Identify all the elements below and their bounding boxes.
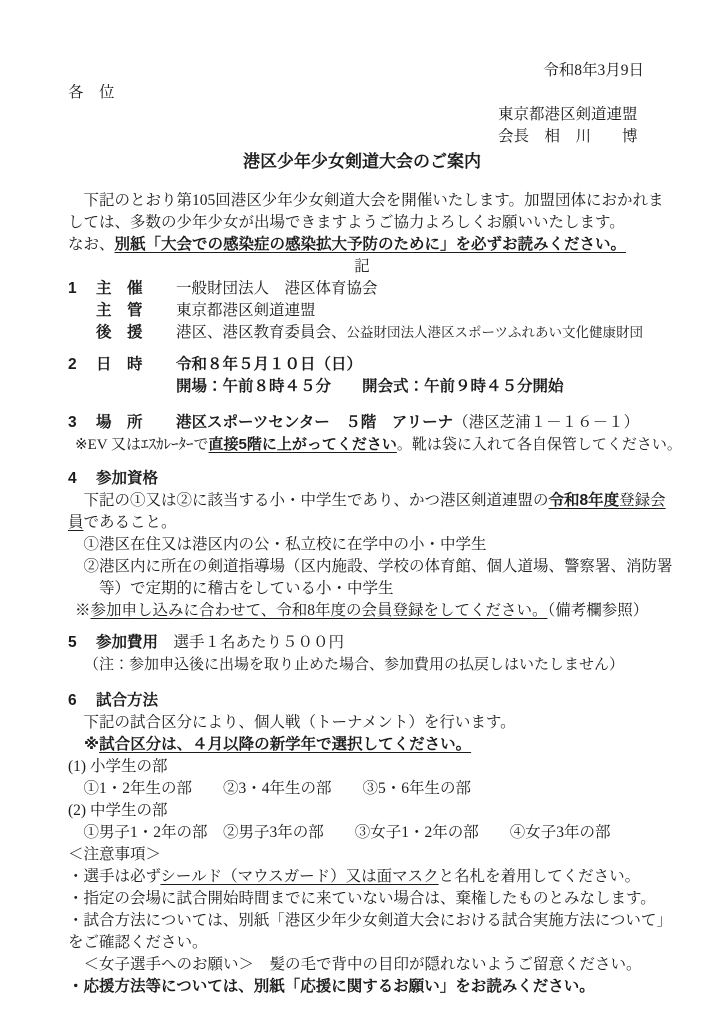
eligibility-line-1: 下記の①又は②に該当する小・中学生であり、かつ港区剣道連盟の令和8年度登録会: [68, 490, 656, 512]
addressee: 各 位: [68, 82, 656, 104]
caution-3-line-2: をご確認ください。: [68, 932, 656, 954]
match-method-heading: 6試合方法: [68, 690, 656, 712]
infection-notice-emphasis: 別紙「大会での感染症の感染拡大予防のために」を必ずお読みください。: [115, 236, 627, 253]
section-3-number: 3: [68, 412, 96, 434]
sender-block: 東京都港区剣道連盟 会長 相 川 博: [498, 104, 656, 148]
venue-note: ※EV 又はｴｽｶﾚｰﾀｰで直接5階に上がってください。靴は袋に入れて各自保管し…: [75, 434, 656, 456]
intro-line-3-prefix: なお、: [68, 236, 115, 253]
division-1-items: ①1・2年生の部 ②3・4年生の部 ③5・6年生の部: [68, 778, 656, 800]
host-label: 主 催: [96, 278, 176, 300]
division-2-label: (2) 中学生の部: [68, 800, 656, 822]
venue-label: 場 所: [96, 412, 176, 434]
event-date: 令和８年５月１０日（日）: [176, 356, 362, 373]
sender-president: 会長 相 川 博: [498, 126, 656, 148]
caution-1-prefix: ・選手は必ず: [68, 868, 160, 885]
section-6-number: 6: [68, 690, 96, 712]
intro-paragraph: 下記のとおり第105回港区少年少女剣道大会を開催いたします。加盟団体におかれま …: [68, 190, 656, 256]
support-label: 後 援: [96, 322, 176, 344]
division-2-items: ①男子1・2年の部 ②男子3年の部 ③女子1・2年の部 ④女子3年の部: [68, 822, 656, 844]
eligibility-label: 参加資格: [96, 470, 158, 487]
match-division-note: ※試合区分は、４月以降の新学年で選択してください。: [84, 734, 656, 756]
section-4-number: 4: [68, 468, 96, 490]
match-division-note-emphasis: 試合区分は、４月以降の新学年で選択してください。: [99, 736, 471, 753]
caution-1-underline: シールド（マウスガード）又は面マスク: [160, 868, 438, 885]
fee-value: 選手１名あたり５００円: [174, 634, 345, 651]
match-method-desc: 下記の試合区分により、個人戦（トーナメント）を行います。: [68, 712, 656, 734]
host-row: 1主 催一般財団法人 港区体育協会: [68, 278, 656, 300]
section-2-number: 2: [68, 354, 96, 376]
eligibility-note-suffix: （備考欄参照）: [547, 602, 648, 619]
sender-organization: 東京都港区剣道連盟: [498, 104, 656, 126]
host-value: 一般財団法人 港区体育協会: [176, 280, 378, 297]
caution-cheering: ・応援方法等については、別紙「応援に関するお願い」をお読みください。: [68, 976, 656, 998]
venue-row: 3場 所港区スポーツセンター ５階 アリーナ（港区芝浦１－１６－１）: [68, 412, 656, 434]
record-marker: 記: [68, 256, 656, 278]
match-division-note-prefix: ※: [84, 736, 99, 753]
venue-address: （港区芝浦１－１６－１）: [453, 414, 639, 431]
document-title: 港区少年少女剣道大会のご案内: [68, 150, 656, 174]
schedule-row: 開場：午前８時４５分 開会式：午前９時４５分開始: [176, 376, 656, 398]
division-1-label: (1) 小学生の部: [68, 756, 656, 778]
eligibility-text: 下記の①又は②に該当する小・中学生であり、かつ港区剣道連盟の: [68, 492, 549, 509]
cautions-header: ＜注意事項＞: [68, 844, 656, 866]
manage-label: 主 管: [96, 300, 176, 322]
eligibility-item-1: ①港区在住又は港区内の公・私立校に在学中の小・中学生: [68, 534, 656, 556]
fee-note: （注：参加申込後に出場を取り止めた場合、参加費用の払戻しはいたしません）: [84, 654, 656, 676]
caution-3-line-1: ・試合方法については、別紙「港区少年少女剣道大会における試合実施方法について」: [68, 910, 656, 932]
fee-row: 5参加費用 選手１名あたり５００円: [68, 632, 656, 654]
eligibility-note-prefix: ※: [75, 602, 91, 619]
registration-member-underline-1: 登録会: [619, 492, 666, 509]
schedule-times: 開場：午前８時４５分 開会式：午前９時４５分開始: [176, 378, 564, 395]
support-row: 後 援港区、港区教育委員会、公益財団法人港区スポーツふれあい文化健康財団: [68, 322, 656, 344]
eligibility-note: ※参加申し込みに合わせて、令和8年度の会員登録をしてください。（備考欄参照）: [75, 600, 656, 622]
intro-line-3: なお、別紙「大会での感染症の感染拡大予防のために」を必ずお読みください。: [68, 234, 656, 256]
section-5-number: 5: [68, 632, 96, 654]
manage-value: 東京都港区剣道連盟: [176, 302, 316, 319]
caution-2: ・指定の会場に試合開始時間までに来ていない場合は、棄権したものとみなします。: [68, 888, 656, 910]
caution-female-request: ＜女子選手へのお願い＞ 髪の毛で背中の目印が隠れないようご留意ください。: [68, 954, 656, 976]
venue-name: 港区スポーツセンター ５階 アリーナ: [176, 414, 453, 431]
fee-label: 参加費用: [96, 634, 158, 651]
issue-date: 令和8年3月9日: [68, 60, 656, 82]
match-method-label: 試合方法: [96, 692, 158, 709]
eligibility-item-2-line-2: 等）で定期的に稽古をしている小・中学生: [68, 578, 656, 600]
manage-row: 主 管東京都港区剣道連盟: [68, 300, 656, 322]
eligibility-line-2-text: であること。: [84, 514, 177, 531]
datetime-label: 日 時: [96, 354, 176, 376]
registration-year-emphasis: 令和8年度: [549, 492, 620, 509]
document-page: 令和8年3月9日 各 位 東京都港区剣道連盟 会長 相 川 博 港区少年少女剣道…: [0, 0, 724, 1024]
intro-line-2: しては、多数の少年少女が出場できますようご協力よろしくお願いいたします。: [68, 212, 656, 234]
venue-note-prefix: ※EV 又はｴｽｶﾚｰﾀｰで: [75, 437, 209, 453]
section-1-number: 1: [68, 278, 96, 300]
support-value-head: 港区、港区教育委員会、: [176, 324, 347, 341]
venue-note-suffix: 。靴は袋に入れて各自保管してください。: [397, 437, 682, 453]
eligibility-line-2: 員であること。: [68, 512, 656, 534]
eligibility-item-2-line-1: ②港区内に所在の剣道指導場（区内施設、学校の体育館、個人道場、警察署、消防署: [68, 556, 656, 578]
venue-note-emphasis: 直接5階に上がってください: [209, 436, 397, 453]
datetime-row: 2日 時令和８年５月１０日（日）: [68, 354, 656, 376]
registration-member-underline-2: 員: [68, 514, 84, 531]
eligibility-heading: 4参加資格: [68, 468, 656, 490]
caution-1-suffix: と名札を着用してください。: [439, 868, 641, 885]
eligibility-note-underline: 参加申し込みに合わせて、令和8年度の会員登録をしてください。: [91, 602, 548, 619]
support-value-tail: 公益財団法人港区スポーツふれあい文化健康財団: [347, 325, 643, 340]
fee-spacer: [158, 634, 174, 651]
intro-line-1: 下記のとおり第105回港区少年少女剣道大会を開催いたします。加盟団体におかれま: [68, 190, 656, 212]
caution-1: ・選手は必ずシールド（マウスガード）又は面マスクと名札を着用してください。: [68, 866, 656, 888]
